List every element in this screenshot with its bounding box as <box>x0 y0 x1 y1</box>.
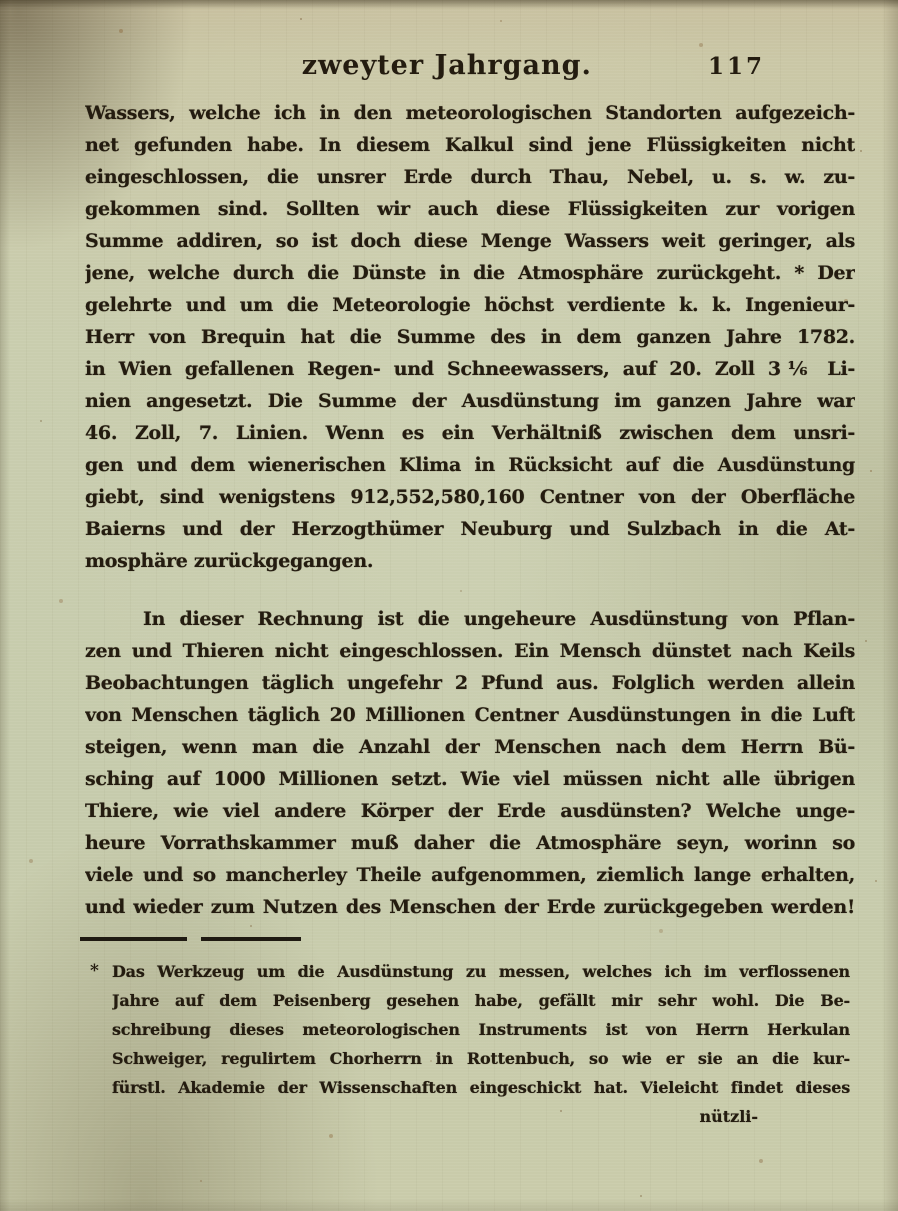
text-line: 46. Zoll, 7. Linien. Wenn es ein Verhält… <box>85 417 855 449</box>
text-line: Das Werkzeug um die Ausdünstung zu messe… <box>112 957 850 986</box>
text-line: sching auf 1000 Millionen setzt. Wie vie… <box>85 763 855 795</box>
text-line: Jahre auf dem Peisenberg gesehen habe, g… <box>112 986 850 1015</box>
footnote-rule-segment <box>201 937 301 941</box>
paragraph-1: Wassers, welche ich in den meteorologisc… <box>85 97 855 577</box>
text-line: schreibung dieses meteorologischen Instr… <box>112 1015 850 1044</box>
page-number: 117 <box>708 53 765 80</box>
text-line: steigen, wenn man die Anzahl der Mensche… <box>85 731 855 763</box>
text-line: nien angesetzt. Die Summe der Ausdünstun… <box>85 385 855 417</box>
text-line: viele und so mancherley Theile aufgenomm… <box>85 859 855 891</box>
text-line: Schweiger, regulirtem Chorherrn in Rotte… <box>112 1044 850 1073</box>
text-line: und wieder zum Nutzen des Menschen der E… <box>85 891 855 923</box>
text-line: fürstl. Akademie der Wissenschaften eing… <box>112 1073 850 1102</box>
text-line: Baierns und der Herzogthümer Neuburg und… <box>85 513 855 545</box>
catchword: nützli- <box>112 1102 850 1131</box>
text-line: heure Vorrathskammer muß daher die Atmos… <box>85 827 855 859</box>
text-line: Herr von Brequin hat die Summe des in de… <box>85 321 855 353</box>
footnote-lines: Das Werkzeug um die Ausdünstung zu messe… <box>112 957 850 1102</box>
main-text-block: Wassers, welche ich in den meteorologisc… <box>85 97 855 923</box>
footnote-rule-segment <box>80 937 187 941</box>
running-title: zweyter Jahrgang. <box>302 50 592 81</box>
text-line: In dieser Rechnung ist die ungeheure Aus… <box>85 603 855 635</box>
footnote-separator <box>80 937 315 941</box>
text-line: Summe addiren, so ist doch diese Menge W… <box>85 225 855 257</box>
text-line: giebt, sind wenigstens 912,552,580,160 C… <box>85 481 855 513</box>
page-header: zweyter Jahrgang. 117 <box>85 50 855 92</box>
paper-speckle-texture <box>0 0 2 2</box>
text-line: gen und dem wienerischen Klima in Rücksi… <box>85 449 855 481</box>
paragraph-2: In dieser Rechnung ist die ungeheure Aus… <box>85 603 855 923</box>
text-line: Wassers, welche ich in den meteorologisc… <box>85 97 855 129</box>
text-line: eingeschlossen, die unsrer Erde durch Th… <box>85 161 855 193</box>
text-line: mosphäre zurückgegangen. <box>85 545 855 577</box>
text-line: von Menschen täglich 20 Millionen Centne… <box>85 699 855 731</box>
text-line: gekommen sind. Sollten wir auch diese Fl… <box>85 193 855 225</box>
text-line: zen und Thieren nicht eingeschlossen. Ei… <box>85 635 855 667</box>
footnote-marker: * <box>90 957 99 986</box>
text-line: jene, welche durch die Dünste in die Atm… <box>85 257 855 289</box>
book-page-scan: zweyter Jahrgang. 117 Wassers, welche ic… <box>0 0 898 1211</box>
text-line: in Wien gefallenen Regen- und Schneewass… <box>85 353 855 385</box>
footnote: * Das Werkzeug um die Ausdünstung zu mes… <box>112 957 850 1131</box>
text-line: Thiere, wie viel andere Körper der Erde … <box>85 795 855 827</box>
text-line: gelehrte und um die Meteorologie höchst … <box>85 289 855 321</box>
text-line: net gefunden habe. In diesem Kalkul sind… <box>85 129 855 161</box>
text-line: Beobachtungen täglich ungefehr 2 Pfund a… <box>85 667 855 699</box>
